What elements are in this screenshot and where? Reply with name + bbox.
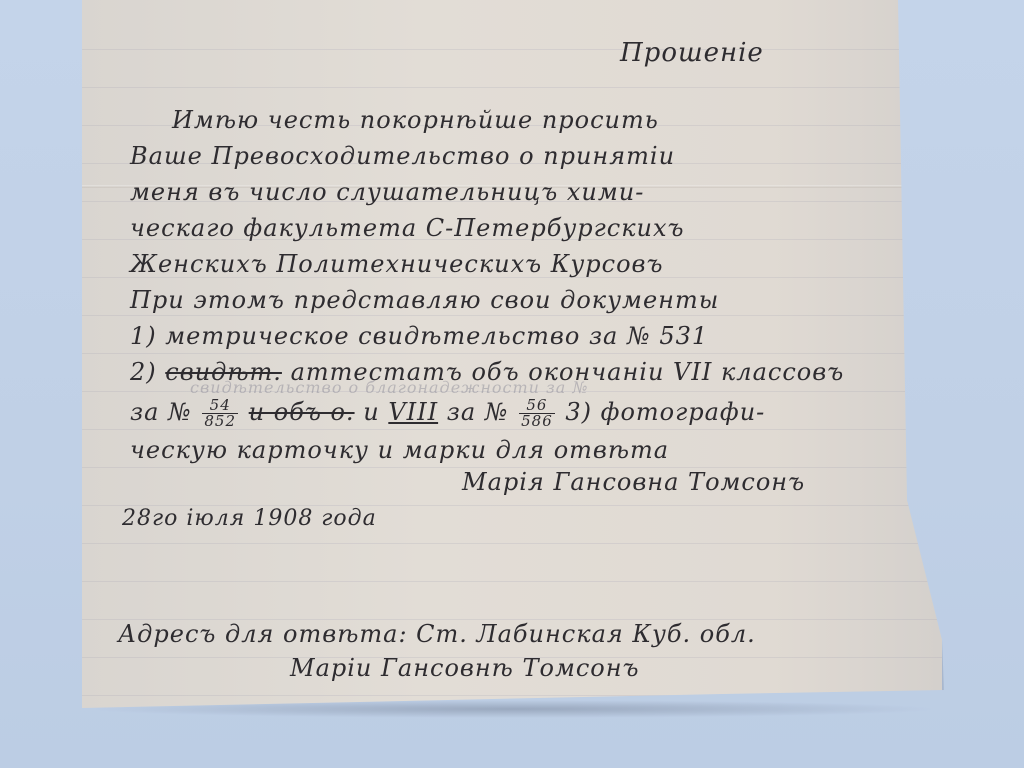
date: 28го іюля 1908 года (122, 506, 377, 531)
list-item-1-label: 1) (130, 322, 157, 350)
roman-numeral: VIII (388, 398, 438, 426)
body-line-3: меня въ число слушательницъ хими- (130, 178, 644, 206)
list-item-1-text: метрическое свидѣтельство за № 531 (165, 322, 708, 350)
body-line-1: Имѣю честь покорнѣйше просить (172, 106, 659, 134)
body-line-4: ческаго факультета С-Петербургскихъ (130, 214, 685, 242)
list-item-1: 1) метрическое свидѣтельство за № 531 (130, 322, 708, 350)
number-prefix-2: за № (447, 398, 509, 426)
fraction-2-denominator: 586 (519, 414, 555, 429)
list-item-3-continued: ческую карточку и марки для отвѣта (130, 436, 669, 464)
address-line-1: Адресъ для отвѣта: Ст. Лабинская Куб. об… (118, 620, 756, 648)
body-line-5: Женскихъ Политехническихъ Курсовъ (130, 250, 663, 278)
body-line-2: Ваше Превосходительство о принятіи (130, 142, 675, 170)
list-item-3-start: 3) фотографи- (565, 398, 765, 426)
fraction-1: 54 852 (202, 398, 238, 429)
conjunction: и (363, 398, 379, 426)
list-item-2-label: 2) (130, 358, 157, 386)
bleed-through-text: свидѣтельство о благонадежности за № (190, 378, 589, 397)
address-line-2: Маріи Гансовнѣ Томсонъ (290, 654, 640, 682)
number-prefix-1: за № (130, 398, 192, 426)
body-line-6: При этомъ представляю свои документы (130, 286, 719, 314)
list-item-2-continued: за № 54 852 и объ о. и VIII за № 56 586 … (130, 398, 765, 429)
fraction-2: 56 586 (519, 398, 555, 429)
signature: Марія Гансовна Томсонъ (462, 468, 805, 496)
struck-phrase: и объ о. (249, 398, 355, 426)
document-title: Прошеніе (620, 38, 764, 68)
fraction-1-denominator: 852 (202, 414, 238, 429)
